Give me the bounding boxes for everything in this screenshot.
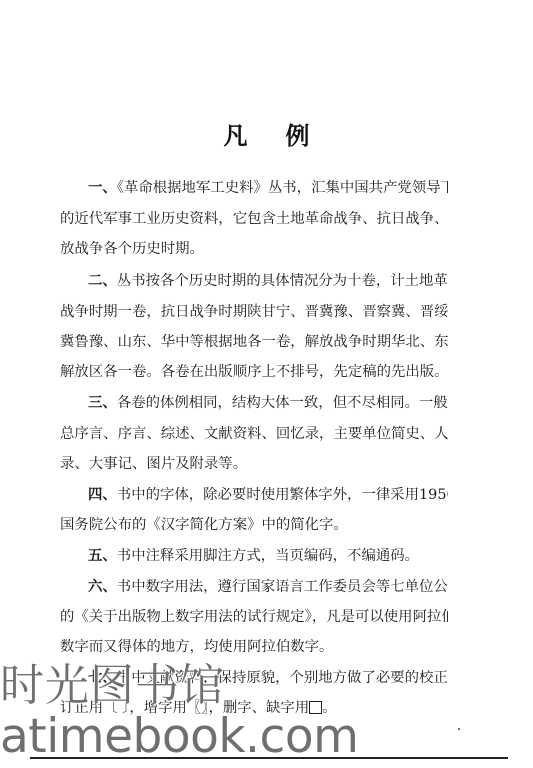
text-line: 录、大事记、图片及附录等。 bbox=[60, 455, 448, 473]
scan-speck bbox=[458, 728, 460, 730]
text-line: 二、丛书按各个历史时期的具体情况分为十卷，计土地革命 bbox=[88, 272, 448, 290]
text-line: 解放区各一卷。各卷在出版顺序上不排号，先定稿的先出版。 bbox=[60, 363, 448, 381]
text-line: 一、《革命根据地军工史料》丛书，汇集中国共产党领导下 bbox=[88, 179, 448, 197]
page-title: 凡例 bbox=[0, 116, 533, 151]
item-number: 五、 bbox=[88, 547, 117, 564]
text-line: 的《关于出版物上数字用法的试行规定》，凡是可以使用阿拉伯 bbox=[60, 608, 448, 626]
text-line: 战争时期一卷，抗日战争时期陕甘宁、晋冀豫、晋察冀、晋绥、 bbox=[60, 303, 448, 321]
text-line: 五、书中注释采用脚注方式，当页编码，不编通码。 bbox=[88, 547, 448, 565]
text-line: 六、书中数字用法，遵行国家语言工作委员会等七单位公布 bbox=[88, 578, 448, 596]
text-line: 冀鲁豫、山东、华中等根据地各一卷，解放战争时期华北、东北 bbox=[60, 333, 448, 351]
text-line: 总序言、序言、综述、文献资料、回忆录，主要单位简史、人物 bbox=[60, 425, 448, 443]
text-line: 四、书中的字体，除必要时使用繁体字外，一律采用1956年 bbox=[88, 486, 448, 504]
watermark-domain: atimebook.com bbox=[0, 712, 358, 762]
item-number: 六、 bbox=[88, 578, 117, 595]
item-number: 二、 bbox=[88, 272, 117, 289]
item-number: 四、 bbox=[88, 486, 117, 503]
watermark-chinese: 时光图书馆 bbox=[0, 660, 225, 712]
text-line: 的近代军事工业历史资料，它包含土地革命战争、抗日战争、解 bbox=[60, 210, 448, 228]
footer-rule bbox=[30, 757, 508, 759]
text-line: 放战争各个历史时期。 bbox=[60, 240, 448, 258]
item-number: 一、 bbox=[88, 179, 117, 196]
item-number: 三、 bbox=[88, 394, 117, 411]
text-line: 三、各卷的体例相同，结构大体一致，但不尽相同。一般有 bbox=[88, 394, 448, 412]
text-line: 国务院公布的《汉字简化方案》中的简化字。 bbox=[60, 516, 448, 534]
text-line: 数字而又得体的地方，均使用阿拉伯数字。 bbox=[60, 638, 448, 656]
